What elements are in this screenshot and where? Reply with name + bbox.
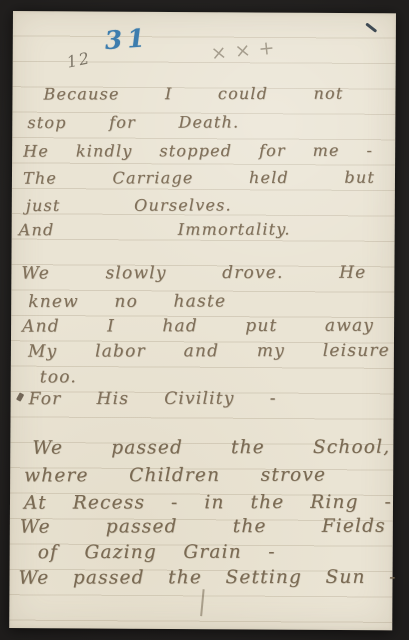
- poem-line: We passed the School,: [32, 437, 390, 459]
- poem-line: At Recess - in the Ring -: [24, 492, 392, 514]
- poem-line: My labor and my leisure: [28, 341, 390, 362]
- poem-line: The Carriage held but: [23, 168, 375, 188]
- stray-pencil-stroke: [200, 589, 204, 616]
- poem-line: too.: [40, 367, 82, 387]
- poem-line: We slowly drove. He: [21, 263, 366, 284]
- poem-line: Because I could not: [43, 84, 343, 104]
- pencil-page-number: 12: [65, 48, 93, 72]
- poem-line: stop for Death.: [27, 112, 239, 132]
- poem-line: of Gazing Grain -: [38, 542, 276, 564]
- poem-line: For His Civility -: [29, 389, 277, 410]
- pencil-cross-marks: ××+: [210, 36, 284, 65]
- poem-line: And Immortality.: [19, 220, 291, 240]
- poem-line: knew no haste: [28, 291, 226, 312]
- poem-line: And I had put away: [22, 316, 374, 337]
- ink-slash-icon: [366, 22, 378, 32]
- poem-line: We passed the Fields: [20, 516, 386, 538]
- poem-line: where Children strove: [24, 465, 326, 487]
- ink-speck: [16, 392, 24, 401]
- manuscript-page: 31 12 ××+ Because I could not stop for D…: [9, 11, 396, 630]
- poem-line: He kindly stopped for me -: [23, 141, 373, 161]
- poem-line: We passed the Setting Sun -: [19, 567, 397, 589]
- poem-line: just Ourselves.: [26, 195, 232, 215]
- photo-mat-background: 31 12 ××+ Because I could not stop for D…: [0, 0, 409, 640]
- blue-page-number: 31: [104, 23, 151, 55]
